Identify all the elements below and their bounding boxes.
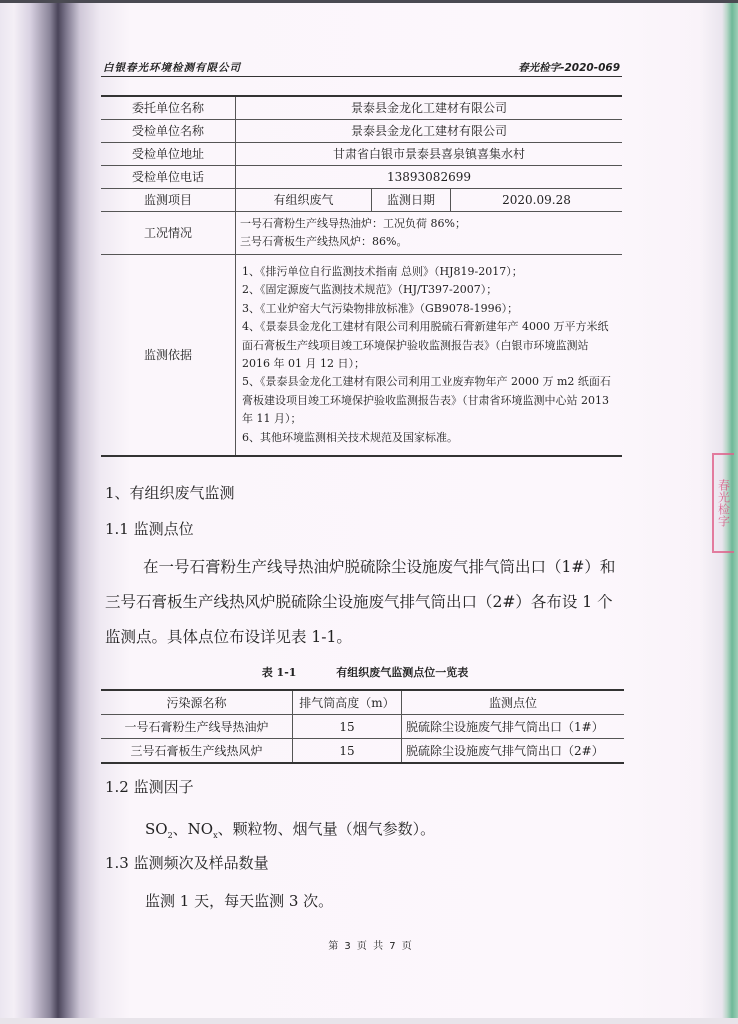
paragraph-text: 在一号石膏粉生产线导热油炉脱硫除尘设施废气排气筒出口（1#）和三号石膏板生产线热…	[105, 558, 615, 646]
value-cell: 甘肃省白银市景泰县喜泉镇喜集水村	[236, 143, 623, 166]
page-header: 白银春光环境检测有限公司 春光检字-2020-069	[101, 58, 622, 77]
company-name: 白银春光环境检测有限公司	[103, 60, 241, 75]
subsection-title: 1.3 监测频次及样品数量	[105, 852, 269, 873]
paragraph: 在一号石膏粉生产线导热油炉脱硫除尘设施废气排气筒出口（1#）和三号石膏板生产线热…	[105, 550, 625, 655]
factor-nox: 、NO	[173, 820, 213, 838]
frequency-text: 监测 1 天，每天监测 3 次。	[145, 890, 333, 911]
table-row: 受检单位地址 甘肃省白银市景泰县喜泉镇喜集水村	[101, 143, 622, 166]
condition-line: 一号石膏粉生产线导热油炉：工况负荷 86%；	[240, 215, 618, 233]
source-cell: 一号石膏粉生产线导热油炉	[101, 715, 293, 739]
table-header-row: 污染源名称 排气筒高度（m） 监测点位	[101, 690, 624, 715]
column-header: 污染源名称	[101, 690, 293, 715]
monitor-date-label: 监测日期	[372, 189, 451, 212]
table-caption: 表 1-1 有组织废气监测点位一览表	[100, 664, 630, 680]
label-cell: 监测项目	[101, 189, 236, 212]
subsection-title: 1.1 监测点位	[105, 518, 194, 539]
subsection-title: 1.2 监测因子	[105, 776, 194, 797]
table-title: 有组织废气监测点位一览表	[336, 666, 468, 679]
label-cell: 受检单位电话	[101, 166, 236, 189]
scan-top-edge	[0, 0, 738, 3]
page-number: 第 3 页 共 7 页	[280, 937, 460, 952]
label-cell: 工况情况	[101, 212, 236, 255]
basis-item: 5、《景泰县金龙化工建材有限公司利用工业废弃物年产 2000 万 m2 纸面石膏…	[242, 373, 616, 428]
monitor-date-value: 2020.09.28	[451, 189, 623, 212]
table-row: 三号石膏板生产线热风炉 15 脱硫除尘设施废气排气筒出口（2#）	[101, 739, 624, 764]
basis-item: 6、其他环境监测相关技术规范及国家标准。	[242, 429, 616, 447]
monitor-item-value: 有组织废气	[236, 189, 372, 212]
table-row: 监测依据 1、《排污单位自行监测技术指南 总则》（HJ819-2017）； 2、…	[101, 255, 622, 457]
basis-item: 3、《工业炉窑大气污染物排放标准》（GB9078-1996）；	[242, 300, 616, 318]
value-cell: 13893082699	[236, 166, 623, 189]
basis-item: 2、《固定源废气监测技术规范》（HJ/T397-2007）；	[242, 281, 616, 299]
point-cell: 脱硫除尘设施废气排气筒出口（1#）	[402, 715, 625, 739]
monitoring-factors: SO2、NOx、颗粒物、烟气量（烟气参数）。	[145, 818, 435, 840]
seal-stamp: 春光检字	[712, 453, 734, 553]
report-number: 春光检字-2020-069	[518, 60, 620, 75]
condition-line: 三号石膏板生产线热风炉：86%。	[240, 233, 618, 251]
section-title: 1、有组织废气监测	[105, 482, 235, 503]
factor-so2: SO	[145, 820, 168, 838]
table-row: 工况情况 一号石膏粉生产线导热油炉：工况负荷 86%； 三号石膏板生产线热风炉：…	[101, 212, 622, 255]
height-cell: 15	[293, 739, 402, 764]
table-row: 受检单位名称 景泰县金龙化工建材有限公司	[101, 120, 622, 143]
monitoring-points-table: 污染源名称 排气筒高度（m） 监测点位 一号石膏粉生产线导热油炉 15 脱硫除尘…	[101, 689, 624, 764]
basis-cell: 1、《排污单位自行监测技术指南 总则》（HJ819-2017）； 2、《固定源废…	[236, 255, 623, 457]
scan-bottom-edge	[0, 1018, 738, 1024]
basis-item: 1、《排污单位自行监测技术指南 总则》（HJ819-2017）；	[242, 263, 616, 281]
table-row: 一号石膏粉生产线导热油炉 15 脱硫除尘设施废气排气筒出口（1#）	[101, 715, 624, 739]
height-cell: 15	[293, 715, 402, 739]
basis-item: 4、《景泰县金龙化工建材有限公司利用脱硫石膏新建年产 4000 万平方米纸面石膏…	[242, 318, 616, 373]
label-cell: 监测依据	[101, 255, 236, 457]
source-cell: 三号石膏板生产线热风炉	[101, 739, 293, 764]
column-header: 排气筒高度（m）	[293, 690, 402, 715]
value-cell: 景泰县金龙化工建材有限公司	[236, 96, 623, 120]
label-cell: 委托单位名称	[101, 96, 236, 120]
table-row: 监测项目 有组织废气 监测日期 2020.09.28	[101, 189, 622, 212]
factor-rest: 、颗粒物、烟气量（烟气参数）。	[218, 820, 436, 838]
label-cell: 受检单位名称	[101, 120, 236, 143]
column-header: 监测点位	[402, 690, 625, 715]
label-cell: 受检单位地址	[101, 143, 236, 166]
basic-info-table: 委托单位名称 景泰县金龙化工建材有限公司 受检单位名称 景泰县金龙化工建材有限公…	[101, 95, 622, 457]
condition-cell: 一号石膏粉生产线导热油炉：工况负荷 86%； 三号石膏板生产线热风炉：86%。	[236, 212, 623, 255]
table-number: 表 1-1	[262, 666, 297, 679]
value-cell: 景泰县金龙化工建材有限公司	[236, 120, 623, 143]
point-cell: 脱硫除尘设施废气排气筒出口（2#）	[402, 739, 625, 764]
table-row: 受检单位电话 13893082699	[101, 166, 622, 189]
table-row: 委托单位名称 景泰县金龙化工建材有限公司	[101, 96, 622, 120]
